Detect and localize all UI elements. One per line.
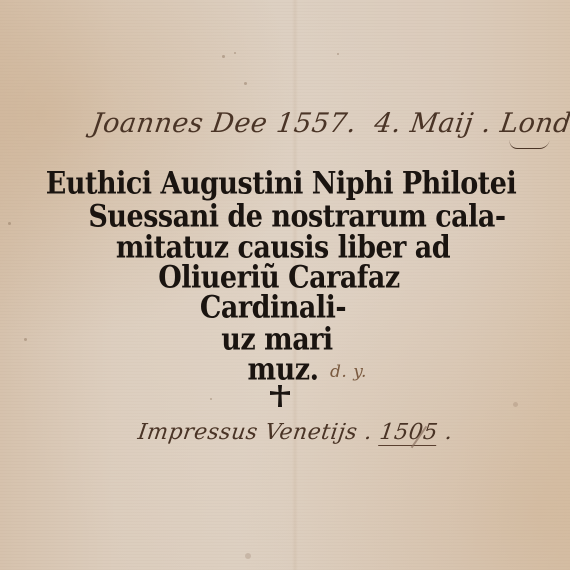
cross-ornament-icon [269, 384, 291, 408]
foxing-spot [513, 402, 518, 407]
title-line-2: Suessani de nostrarum cala- [12, 201, 570, 232]
owner-place: . Londini [480, 108, 570, 139]
foxing-spot [245, 553, 251, 559]
title-line-4: Oliueriũ Carafaz [0, 262, 564, 293]
handwritten-imprint-note: Impressus Venetijs . 1505 . [136, 420, 454, 445]
foxing-spot [210, 398, 212, 400]
title-line-5: Cardinali- [0, 292, 558, 323]
handwritten-side-note: d. y. [330, 362, 367, 382]
foxing-spot [222, 55, 225, 58]
owner-date: 4. Maij [372, 108, 475, 139]
title-line-6: uz mari [0, 324, 562, 355]
foxing-spot [337, 53, 339, 55]
foxing-spot [234, 52, 236, 54]
title-line-3: mitatuz causis liber ad [0, 232, 568, 263]
handwritten-ownership-note: Joannes Dee 1557. 4. Maij . Londini [90, 108, 570, 139]
foxing-spot [244, 82, 247, 85]
title-line-1: Euthici Augustini Niphi Philotei [0, 168, 566, 199]
owner-name: Joannes Dee [90, 108, 270, 139]
foxing-spot [8, 222, 11, 225]
imprint-year: 1505 [378, 420, 440, 446]
imprint-text: Impressus Venetijs . [136, 420, 374, 445]
imprint-end: . [444, 420, 455, 445]
title-line-7: muz. [0, 354, 568, 385]
owner-year: 1557. [274, 108, 358, 139]
flourish-underline [508, 140, 549, 149]
